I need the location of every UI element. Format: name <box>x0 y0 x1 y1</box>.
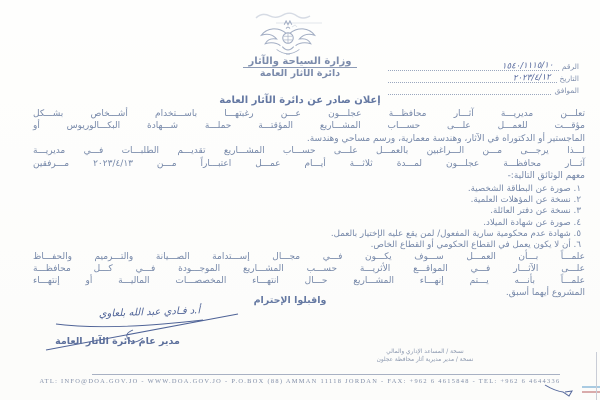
list-item: ٥. شهادة عدم محكومية سارية المفعول/ لمن … <box>33 229 581 240</box>
ministry-name-text: وزارة السياحة والآثار <box>243 56 358 68</box>
announcement-title: إعلان صادر عن دائرة الآثار العامة <box>150 95 450 106</box>
body-line: مؤقـــت للعمـــل علـــى حســـاب المشـــا… <box>33 120 585 132</box>
list-item: ١. صورة عن البطاقة الشخصية. <box>33 184 581 195</box>
list-item: ٤. صورة عن شهادة الميلاد. <box>33 218 581 229</box>
body-line: آثـــار محافظـــة عجلـــون لمـــدة ثلاثـ… <box>33 158 585 170</box>
reference-block: الرقم ١٥٤٠/١١١٥/١٠ التاريخ ٢٠٢٣/٤/١٢ الم… <box>385 60 579 96</box>
body-line: معهم الوثائق التالية:- <box>33 170 585 182</box>
scanned-letter-page: وزارة السياحة والآثار دائرة الآثار العام… <box>0 0 600 400</box>
scan-line-artifact <box>573 236 575 389</box>
documents-list: ١. صورة عن البطاقة الشخصية. ٢. نسخة عن ا… <box>33 184 585 251</box>
reference-number-row: الرقم ١٥٤٠/١١١٥/١٠ <box>385 60 579 71</box>
dotted-leader <box>388 85 551 95</box>
reference-corresponding-label: الموافق <box>554 86 579 95</box>
letter-body: تعلـــن مديريـــة آثـــار محافظـــة عجلـ… <box>33 108 585 182</box>
footer-contact: ATL: INFO@DOA.GOV.JO - WWW.DOA.GOV.JO - … <box>20 378 580 385</box>
list-item: ٦. أن لا يكون يعمل في القطاع الحكومي أو … <box>33 240 581 251</box>
reference-date-label: التاريخ <box>560 74 579 83</box>
reference-corresponding-row: الموافق <box>385 84 579 95</box>
list-item: ٣. نسخة عن دفتر العائلة. <box>33 206 581 217</box>
body-line: الماجستير أو الدكتوراه في الآثار، وهندسة… <box>33 133 585 145</box>
cc-note: نسخة / مدير مديرية آثار محافظة عجلون <box>355 357 495 365</box>
scan-edge-artifact-gray <box>596 352 597 400</box>
dotted-leader: ١٥٤٠/١١١٥/١٠ <box>388 61 559 71</box>
footer-divider <box>92 374 560 375</box>
list-item: ٢. نسخة عن المؤهلات العلمية. <box>33 195 581 206</box>
reference-number-value: ١٥٤٠/١١١٥/١٠ <box>501 60 553 71</box>
reference-date-row: التاريخ ٢٠٢٣/٤/١٢ <box>385 72 579 83</box>
closing-line: علمـــاً بأنـــه يـــتم إنهـــاء المشـــ… <box>33 276 585 288</box>
signatory-position: مدير عام دائرة الآثار العامة <box>25 336 210 347</box>
scan-edge-artifact-red <box>582 391 600 393</box>
reference-number-label: الرقم <box>562 62 579 71</box>
pen-mark-icon <box>543 382 577 398</box>
dotted-leader: ٢٠٢٣/٤/١٢ <box>388 73 557 83</box>
cc-notes: نسخة / المساعد الإداري والمالي نسخة / مد… <box>355 349 495 364</box>
closing-paragraph: علمـــاً بـــأن العمـــل ســـوف يكـــون … <box>33 252 585 300</box>
jordan-coat-of-arms-icon <box>256 20 320 58</box>
closing-line: علمـــاً بـــأن العمـــل ســـوف يكـــون … <box>33 252 585 264</box>
reference-date-value: ٢٠٢٣/٤/١٢ <box>513 73 551 84</box>
body-line: تعلـــن مديريـــة آثـــار محافظـــة عجلـ… <box>33 108 585 120</box>
closing-line: علـــى الآثـــار فـــي المواقـــع الأثري… <box>33 264 585 276</box>
cc-note: نسخة / المساعد الإداري والمالي <box>355 349 495 357</box>
body-line: لـــذا يرجـــى مـــن الـــراغبين بالعمــ… <box>33 145 585 157</box>
scan-edge-artifact-blue <box>582 386 600 388</box>
